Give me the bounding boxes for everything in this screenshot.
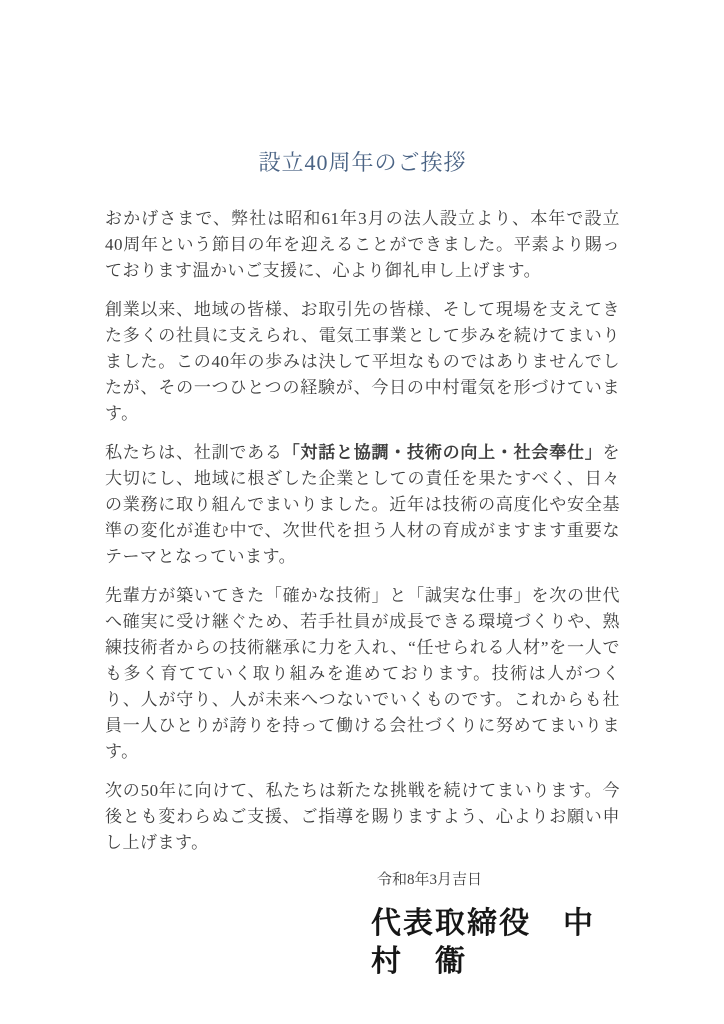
- text-run: 私たちは、社訓である: [105, 443, 283, 462]
- text-run: 次の50年に向けて、私たちは新たな挑戦を続けてまいります。今後とも変わらぬご支援…: [105, 781, 620, 852]
- date-line: 令和8年3月吉日: [377, 869, 620, 891]
- paragraph: 私たちは、社訓である「対話と協調・技術の向上・社会奉仕」を大切にし、地域に根ざし…: [105, 440, 620, 570]
- text-run: 先輩方が築いてきた「確かな技術」と「誠実な仕事」を次の世代へ確実に受け継ぐため、…: [105, 586, 620, 761]
- paragraph: おかげさまで、弊社は昭和61年3月の法人設立より、本年で設立40周年という節目の…: [105, 206, 620, 284]
- text-run: 創業以来、地域の皆様、お取引先の皆様、そして現場を支えてきた多くの社員に支えられ…: [105, 300, 620, 423]
- document-page: 設立40周年のご挨拶 おかげさまで、弊社は昭和61年3月の法人設立より、本年で設…: [0, 0, 724, 1024]
- signature-line: 代表取締役 中村 衞: [371, 905, 620, 981]
- text-run: おかげさまで、弊社は昭和61年3月の法人設立より、本年で設立40周年という節目の…: [105, 209, 620, 280]
- document-body: おかげさまで、弊社は昭和61年3月の法人設立より、本年で設立40周年という節目の…: [105, 206, 620, 856]
- paragraph: 次の50年に向けて、私たちは新たな挑戦を続けてまいります。今後とも変わらぬご支援…: [105, 778, 620, 856]
- paragraph: 先輩方が築いてきた「確かな技術」と「誠実な仕事」を次の世代へ確実に受け継ぐため、…: [105, 583, 620, 765]
- bold-text-run: 「対話と協調・技術の向上・社会奉仕」: [283, 443, 603, 462]
- paragraph: 創業以来、地域の皆様、お取引先の皆様、そして現場を支えてきた多くの社員に支えられ…: [105, 297, 620, 427]
- document-title: 設立40周年のご挨拶: [105, 148, 620, 178]
